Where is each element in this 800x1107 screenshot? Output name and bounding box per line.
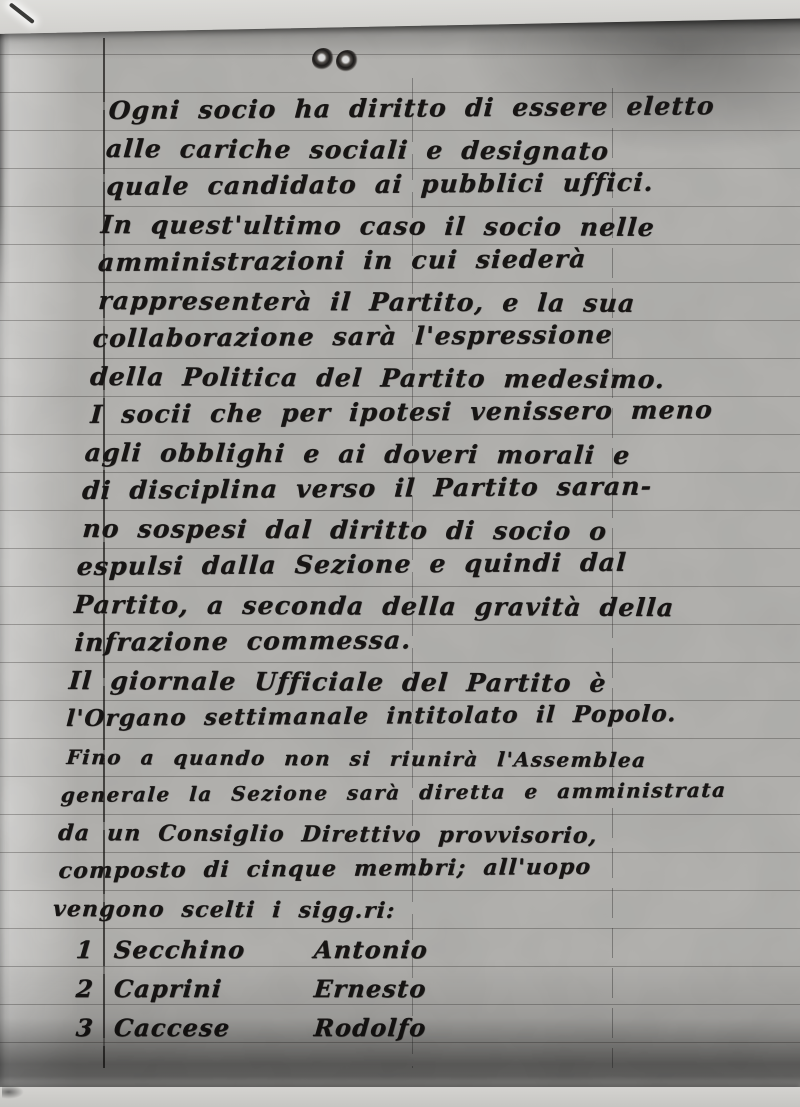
roster-row: 3 Caccese Rodolfo <box>74 1008 617 1047</box>
signatory-roster: 1 Secchino Antonio 2 Caprini Ernesto 3 C… <box>76 930 616 1047</box>
scanned-manuscript-page: Ogni socio ha diritto di essere eletto a… <box>0 0 800 1107</box>
manuscript-line: vengono scelti i sigg.ri: <box>51 890 614 931</box>
roster-first-name: Rodolfo <box>312 1008 617 1047</box>
binder-eyelet-icon <box>312 48 335 71</box>
manuscript-line: di disciplina verso il Partito saran- <box>81 468 644 510</box>
roster-surname: Caccese <box>112 1008 315 1047</box>
paper-sheet: Ogni socio ha diritto di essere eletto a… <box>0 18 800 1087</box>
roster-surname: Secchino <box>112 930 315 969</box>
roster-number: 3 <box>74 1008 115 1047</box>
manuscript-line: generale la Sezione sarà diretta e ammin… <box>60 772 623 814</box>
roster-surname: Caprini <box>112 969 315 1008</box>
manuscript-line: espulsi dalla Sezione e quindi dal <box>76 544 639 586</box>
binder-eyelet-icon <box>336 50 359 73</box>
bottom-left-smudge <box>2 1085 24 1099</box>
roster-row: 2 Caprini Ernesto <box>74 969 617 1008</box>
manuscript-line: I socii che per ipotesi venissero meno <box>89 392 649 434</box>
manuscript-line: collaborazione sarà l'espressione <box>92 316 655 358</box>
manuscript-line: l'Organo settimanale intitolato il Popol… <box>65 696 628 738</box>
roster-first-name: Ernesto <box>312 969 617 1008</box>
scanner-bed-bottom-strip <box>0 1087 800 1107</box>
roster-first-name: Antonio <box>312 930 617 969</box>
roster-number: 2 <box>74 969 115 1008</box>
manuscript-line: amministrazioni in cui siederà <box>97 240 660 282</box>
manuscript-line: quale candidato ai pubblici uffici. <box>105 164 665 206</box>
manuscript-line: Ogni socio ha diritto di essere eletto <box>107 88 670 130</box>
manuscript-line: infrazione commessa. <box>73 620 633 662</box>
manuscript-text: Ogni socio ha diritto di essere eletto a… <box>52 92 670 928</box>
roster-row: 1 Secchino Antonio <box>74 930 617 969</box>
manuscript-line: composto di cinque membri; all'uopo <box>57 848 617 890</box>
roster-number: 1 <box>74 930 115 969</box>
